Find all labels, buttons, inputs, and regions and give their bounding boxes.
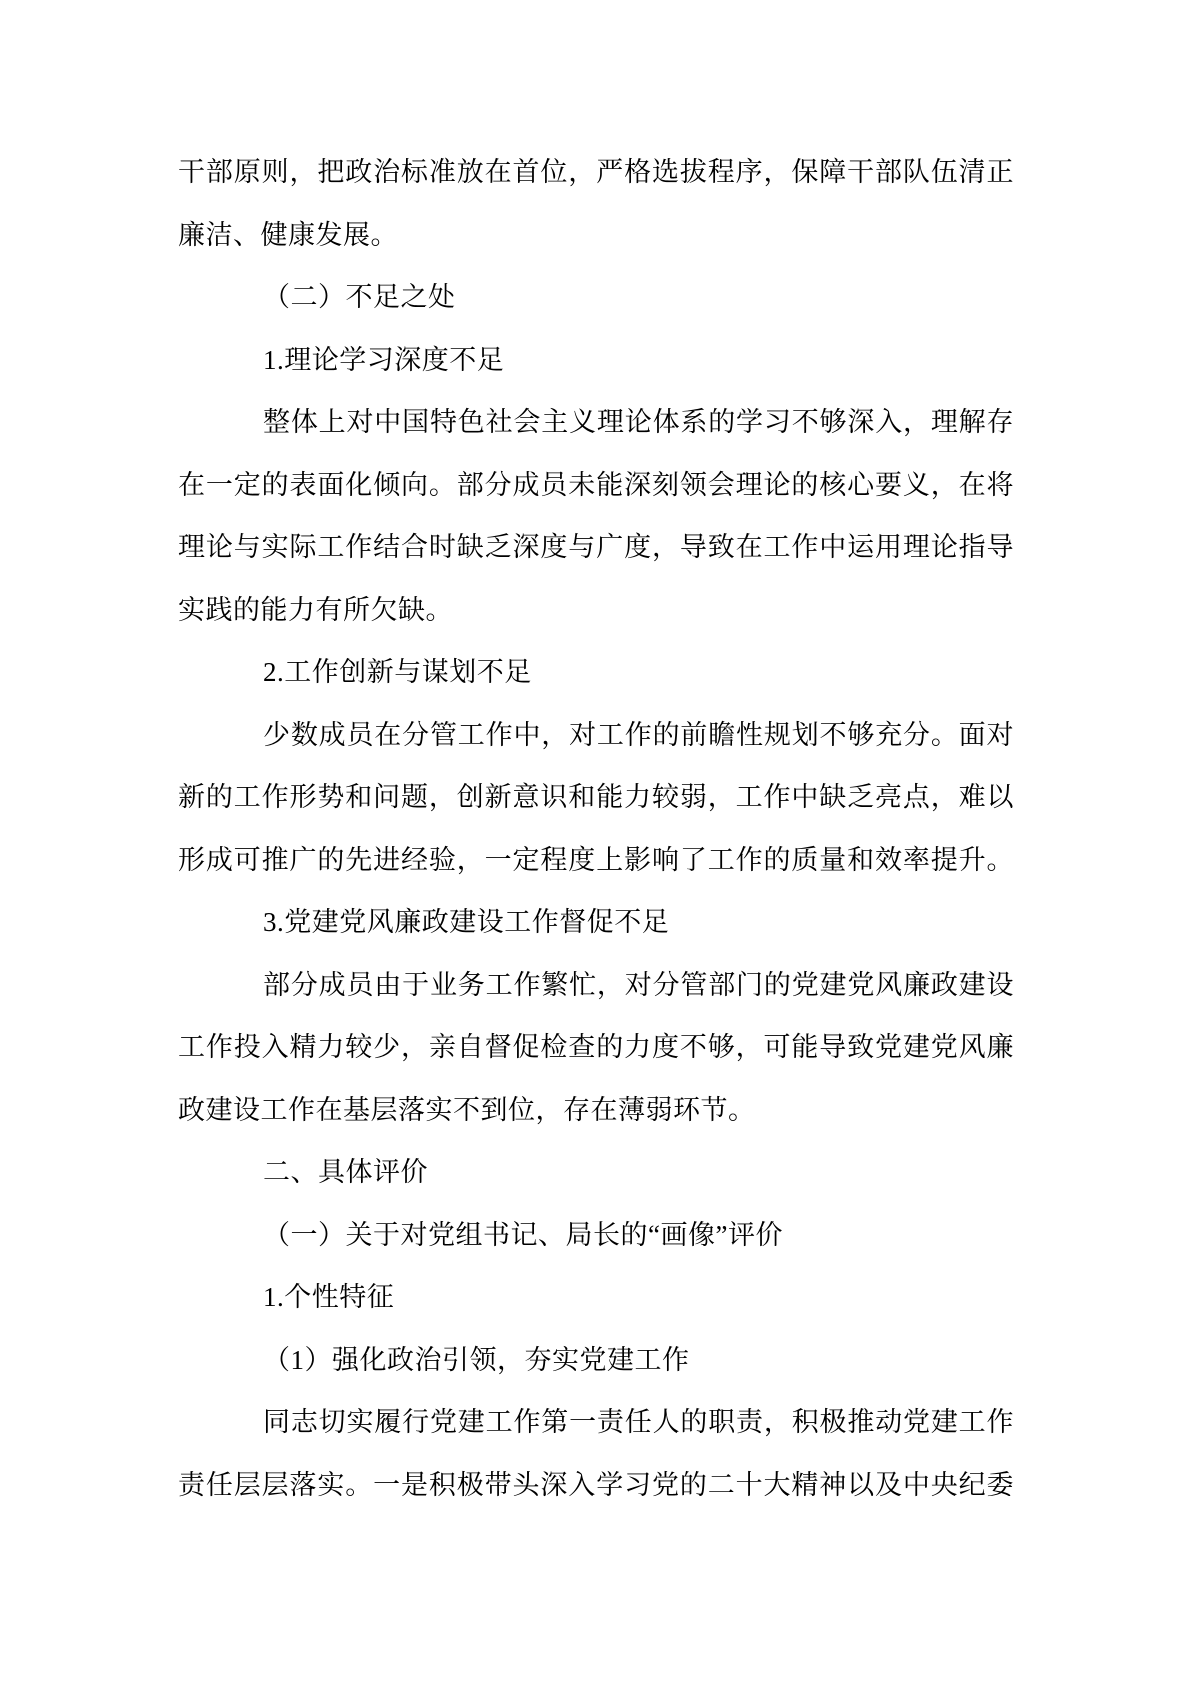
document-page: 干部原则，把政治标准放在首位，严格选拔程序，保障干部队伍清正 廉洁、健康发展。 …: [0, 0, 1190, 1683]
document-line: 工作投入精力较少，亲自督促检查的力度不够，可能导致党建党风廉: [178, 1016, 1014, 1079]
subsection-heading: 1.个性特征: [178, 1266, 1014, 1329]
document-line: 干部原则，把政治标准放在首位，严格选拔程序，保障干部队伍清正: [178, 141, 1014, 204]
document-body: 干部原则，把政治标准放在首位，严格选拔程序，保障干部队伍清正 廉洁、健康发展。 …: [178, 141, 1014, 1516]
section-heading: 二、具体评价: [178, 1141, 1014, 1204]
document-line: 责任层层落实。一是积极带头深入学习党的二十大精神以及中央纪委: [178, 1454, 1014, 1517]
subsection-heading: 2.工作创新与谋划不足: [178, 641, 1014, 704]
subsection-heading: 1.理论学习深度不足: [178, 329, 1014, 392]
document-line: 部分成员由于业务工作繁忙，对分管部门的党建党风廉政建设: [178, 954, 1014, 1017]
document-line: 政建设工作在基层落实不到位，存在薄弱环节。: [178, 1079, 1014, 1142]
document-line: 整体上对中国特色社会主义理论体系的学习不够深入，理解存: [178, 391, 1014, 454]
subsection-heading: （1）强化政治引领，夯实党建工作: [178, 1329, 1014, 1392]
document-line: 少数成员在分管工作中，对工作的前瞻性规划不够充分。面对: [178, 704, 1014, 767]
document-line: 同志切实履行党建工作第一责任人的职责，积极推动党建工作: [178, 1391, 1014, 1454]
section-heading: （一）关于对党组书记、局长的“画像”评价: [178, 1204, 1014, 1267]
document-line: 在一定的表面化倾向。部分成员未能深刻领会理论的核心要义，在将: [178, 454, 1014, 517]
subsection-heading: 3.党建党风廉政建设工作督促不足: [178, 891, 1014, 954]
document-line: 廉洁、健康发展。: [178, 204, 1014, 267]
section-heading: （二）不足之处: [178, 266, 1014, 329]
document-line: 理论与实际工作结合时缺乏深度与广度，导致在工作中运用理论指导: [178, 516, 1014, 579]
document-line: 实践的能力有所欠缺。: [178, 579, 1014, 642]
document-line: 新的工作形势和问题，创新意识和能力较弱，工作中缺乏亮点，难以: [178, 766, 1014, 829]
document-line: 形成可推广的先进经验，一定程度上影响了工作的质量和效率提升。: [178, 829, 1014, 892]
